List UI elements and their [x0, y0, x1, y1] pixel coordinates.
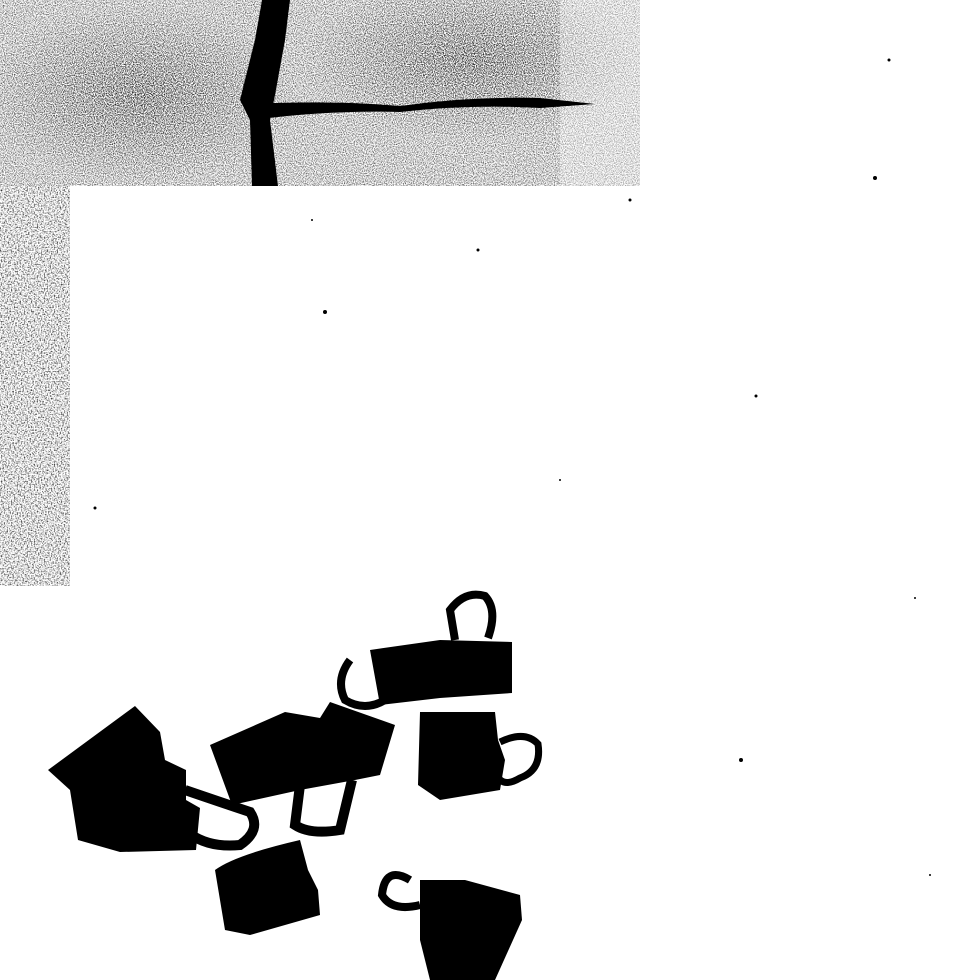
binder-clip — [341, 595, 512, 706]
binder-clip — [382, 875, 522, 980]
textured-surface — [0, 0, 640, 586]
photo-canvas — [0, 0, 980, 980]
binder-clips — [48, 595, 539, 980]
binder-clip — [215, 840, 320, 935]
binder-clip — [418, 712, 539, 800]
